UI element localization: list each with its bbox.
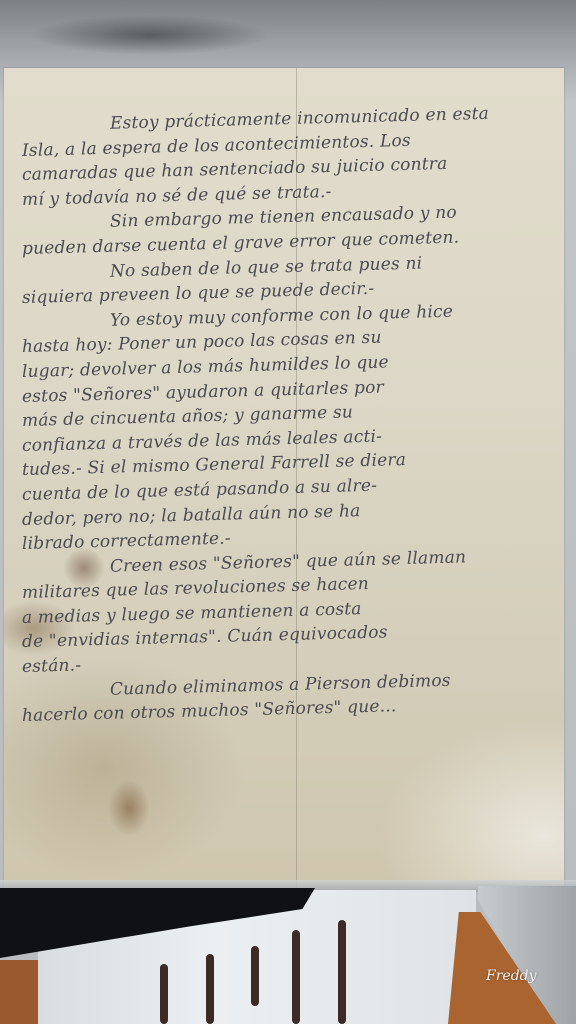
background-shadow [30, 15, 270, 55]
letter-body: Estoy prácticamente incomunicado en esta… [22, 114, 552, 729]
photo-scene: Estoy prácticamente incomunicado en esta… [0, 0, 576, 1024]
stand-slot [160, 964, 168, 1024]
stand-slot [251, 946, 259, 1006]
stand-slot [292, 930, 300, 1024]
wooden-surface-left [0, 960, 38, 1024]
stand-slot [338, 920, 346, 1024]
letter-page: Estoy prácticamente incomunicado en esta… [4, 68, 564, 890]
photographer-watermark: Freddy [486, 968, 537, 984]
stand-slot [206, 954, 214, 1024]
